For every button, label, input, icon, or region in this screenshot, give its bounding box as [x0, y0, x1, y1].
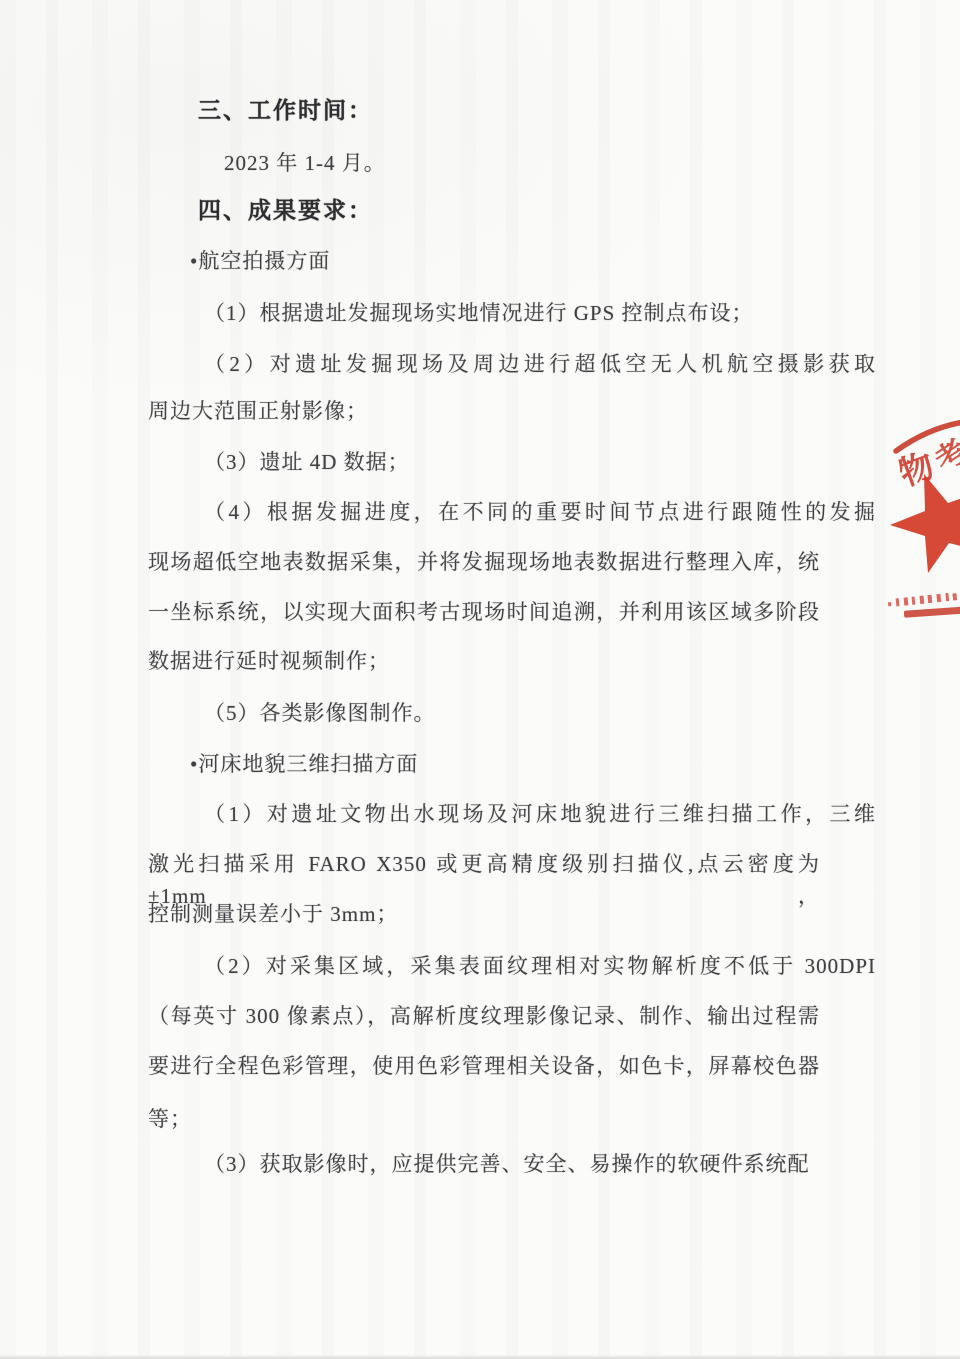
stamp-character-1: 物 [894, 446, 939, 493]
text-line: （3）遗址 4D 数据； [148, 446, 876, 478]
text-line: （1）根据遗址发掘现场实地情况进行 GPS 控制点布设； [148, 297, 876, 329]
text-line: 2023 年 1-4 月。 [148, 147, 896, 179]
text-line: 四、成果要求： [148, 195, 870, 227]
official-seal-stamp: 物 考 [880, 413, 960, 628]
text-line: （每英寸 300 像素点），高解析度纹理影像记录、制作、输出过程需 [148, 1000, 820, 1032]
text-line: •河床地貌三维扫描方面 [148, 748, 862, 780]
stamp-banner-bar [904, 607, 960, 618]
stamp-star-icon [890, 474, 960, 573]
scanned-document-page: 三、工作时间：2023 年 1-4 月。四、成果要求：•航空拍摄方面（1）根据遗… [0, 0, 960, 1359]
text-line: 要进行全程色彩管理，使用色彩管理相关设备，如色卡，屏幕校色器 [148, 1050, 820, 1082]
text-line: 现场超低空地表数据采集，并将发掘现场地表数据进行整理入库，统 [148, 546, 820, 578]
text-line: 一坐标系统，以实现大面积考古现场时间追溯，并利用该区域多阶段 [148, 596, 820, 628]
text-line: 数据进行延时视频制作； [148, 645, 820, 677]
text-line: 三、工作时间： [148, 95, 870, 127]
text-line: 等； [148, 1103, 820, 1135]
stamp-serial-marks [888, 592, 957, 607]
text-line: （2）对遗址发掘现场及周边进行超低空无人机航空摄影获取 [148, 348, 876, 380]
text-line: （4）根据发掘进度，在不同的重要时间节点进行跟随性的发掘 [148, 496, 876, 528]
text-line: •航空拍摄方面 [148, 245, 862, 277]
text-line: （5）各类影像图制作。 [148, 697, 876, 729]
text-line: （1）对遗址文物出水现场及河床地貌进行三维扫描工作，三维 [148, 798, 876, 830]
page-bottom-edge [0, 1355, 960, 1359]
stamp-ring-arc [896, 422, 960, 451]
text-line: 周边大范围正射影像； [148, 395, 820, 427]
text-line: （3）获取影像时，应提供完善、安全、易操作的软硬件系统配 [148, 1148, 876, 1180]
text-line: （2）对采集区域，采集表面纹理相对实物解析度不低于 300DPI [148, 950, 876, 982]
stamp-character-2: 考 [929, 433, 960, 479]
text-line: 控制测量误差小于 3mm； [148, 898, 820, 930]
